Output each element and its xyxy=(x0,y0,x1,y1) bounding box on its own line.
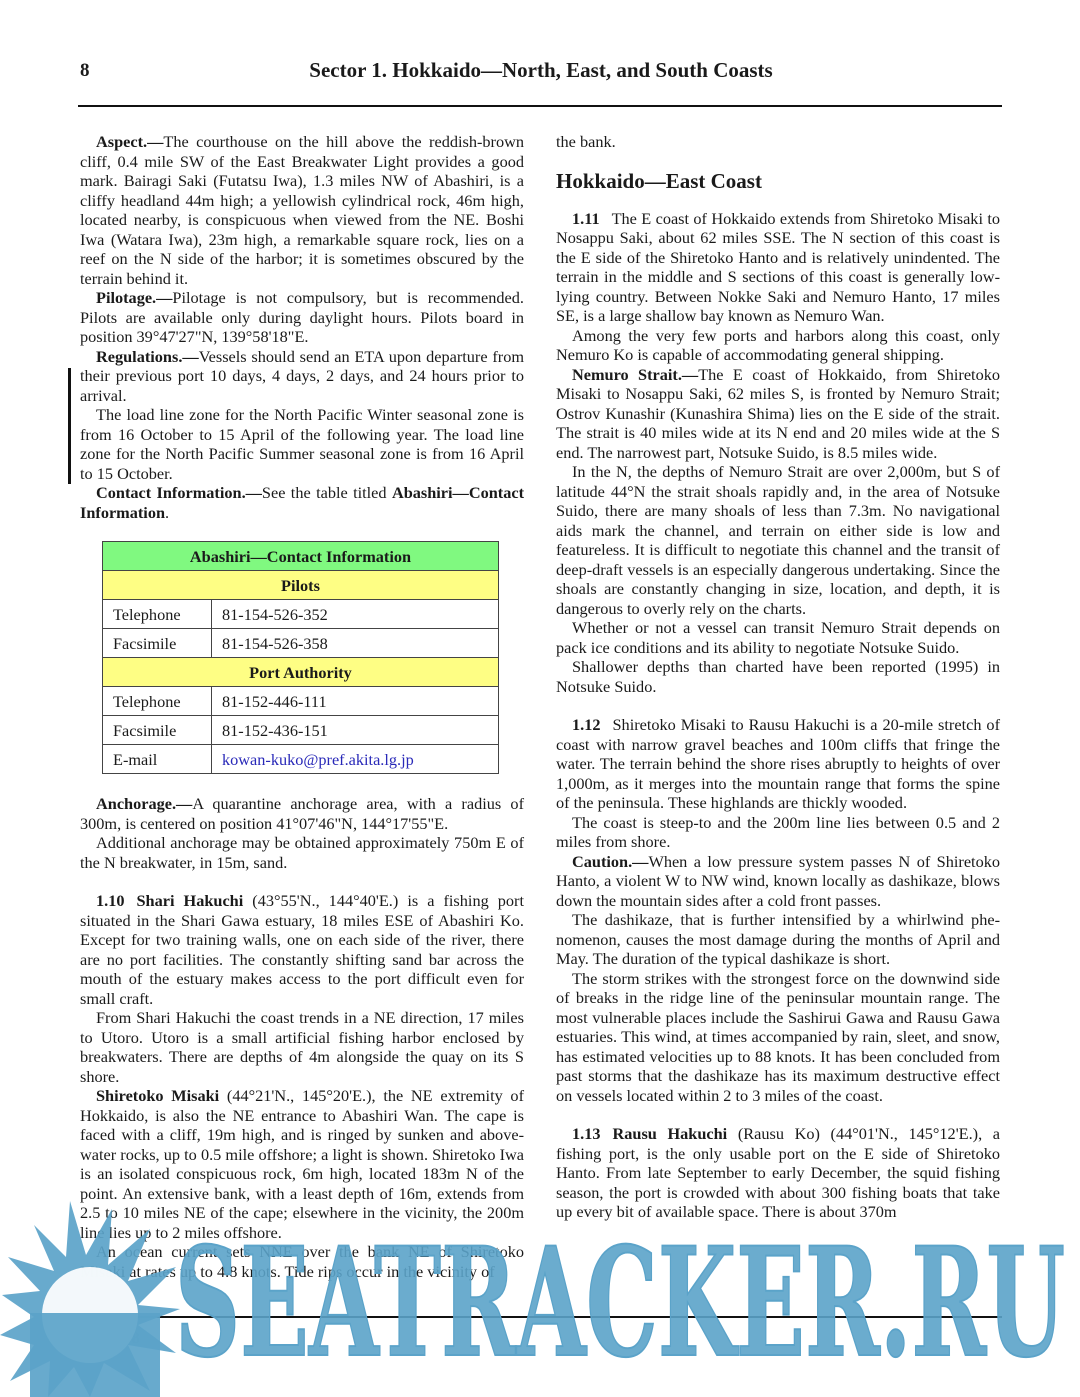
nemuro-strait-paragraph: Nemuro Strait.—The E coast of Hokkaido, … xyxy=(556,365,1000,463)
section-1-10: 1.10Shari Hakuchi (43°55'N., 144°40'E.) … xyxy=(80,891,524,1008)
pilotage-lead: Pilotage.— xyxy=(96,288,172,307)
anchorage-additional-paragraph: Additional anchorage may be obtained app… xyxy=(80,833,524,872)
paragraph-number: 1.13 xyxy=(572,1124,601,1143)
caution-paragraph: Caution.—When a low pressure system pass… xyxy=(556,852,1000,911)
row-label: E-mail xyxy=(103,745,212,774)
load-line-paragraph: The load line zone for the North Pacific… xyxy=(80,405,524,483)
place-name: Shiretoko Misaki xyxy=(96,1086,219,1105)
section-1-11: 1.11The E coast of Hokkaido extends from… xyxy=(556,209,1000,326)
aspect-lead: Aspect.— xyxy=(96,132,163,151)
pilotage-paragraph: Pilotage.—Pilotage is not compulsory, bu… xyxy=(80,288,524,347)
anchorage-lead: Anchorage.— xyxy=(96,794,192,813)
dashikaze-paragraph: The dashikaze, that is further intensifi… xyxy=(556,910,1000,969)
row-value: 81-152-446-111 xyxy=(212,687,499,716)
table-group-port-authority: Port Authority xyxy=(103,658,499,687)
place-name: Shari Hakuchi xyxy=(137,891,244,910)
table-row: Facsimile 81-152-436-151 xyxy=(103,716,499,745)
section-1-13: 1.13Rausu Hakuchi (Rausu Ko) (44°01'N., … xyxy=(556,1124,1000,1222)
nemuro-transit-paragraph: Whether or not a vessel can transit Nemu… xyxy=(556,618,1000,657)
nemuro-ko-paragraph: Among the very few ports and harbors alo… xyxy=(556,326,1000,365)
storm-paragraph: The storm strikes with the strongest for… xyxy=(556,969,1000,1106)
table-row: Facsimile 81-154-526-358 xyxy=(103,629,499,658)
row-label: Facsimile xyxy=(103,716,212,745)
publication-label: Pub. 158 xyxy=(80,1330,140,1348)
shallower-depths-paragraph: Shallower depths than charted have been … xyxy=(556,657,1000,696)
regulations-paragraph: Regulations.—Vessels should send an ETA … xyxy=(80,347,524,406)
right-column: the bank. Hokkaido—East Coast 1.11The E … xyxy=(556,132,1000,1222)
page-header: 8 Sector 1. Hokkaido—North, East, and So… xyxy=(80,58,1002,92)
table-row: Telephone 81-152-446-111 xyxy=(103,687,499,716)
row-label: Telephone xyxy=(103,600,212,629)
row-label: Telephone xyxy=(103,687,212,716)
coast-steep-paragraph: The coast is steep-to and the 200m line … xyxy=(556,813,1000,852)
place-name: Rausu Hakuchi xyxy=(613,1124,728,1143)
row-value: 81-154-526-352 xyxy=(212,600,499,629)
section-heading: Hokkaido—East Coast xyxy=(556,169,1000,193)
continuation-text: the bank. xyxy=(556,132,1000,152)
change-bar xyxy=(68,368,71,484)
aspect-paragraph: Aspect.—The courthouse on the hill above… xyxy=(80,132,524,288)
paragraph-number: 1.12 xyxy=(572,715,601,734)
left-column: Aspect.—The courthouse on the hill above… xyxy=(80,132,524,1281)
caution-lead: Caution.— xyxy=(572,852,648,871)
contact-info-lead: Contact Information.— xyxy=(96,483,262,502)
contact-info-paragraph: Contact Information.—See the table title… xyxy=(80,483,524,522)
row-value: 81-152-436-151 xyxy=(212,716,499,745)
section-1-12: 1.12Shiretoko Misaki to Rausu Hakuchi is… xyxy=(556,715,1000,813)
contact-table: Abashiri—Contact Information Pilots Tele… xyxy=(102,541,499,774)
table-title: Abashiri—Contact Information xyxy=(103,542,499,571)
paragraph-number: 1.10 xyxy=(96,891,125,910)
paragraph-number: 1.11 xyxy=(572,209,600,228)
email-link[interactable]: kowan-kuko@pref.akita.lg.jp xyxy=(212,745,499,774)
header-rule xyxy=(78,105,1002,107)
regulations-lead: Regulations.— xyxy=(96,347,199,366)
utoro-paragraph: From Shari Hakuchi the coast trends in a… xyxy=(80,1008,524,1086)
table-row: E-mail kowan-kuko@pref.akita.lg.jp xyxy=(103,745,499,774)
nemuro-strait-lead: Nemuro Strait.— xyxy=(572,365,698,384)
row-label: Facsimile xyxy=(103,629,212,658)
table-group-pilots: Pilots xyxy=(103,571,499,600)
ocean-current-paragraph: An ocean current sets NNE over the bank … xyxy=(80,1242,524,1281)
footer-rule xyxy=(78,1316,1002,1318)
row-value: 81-154-526-358 xyxy=(212,629,499,658)
shiretoko-misaki-paragraph: Shiretoko Misaki (44°21'N., 145°20'E.), … xyxy=(80,1086,524,1242)
table-row: Telephone 81-154-526-352 xyxy=(103,600,499,629)
anchorage-paragraph: Anchorage.—A quarantine anchorage area, … xyxy=(80,794,524,833)
running-title: Sector 1. Hokkaido—North, East, and Sout… xyxy=(80,58,1002,83)
nemuro-depths-paragraph: In the N, the depths of Nemuro Strait ar… xyxy=(556,462,1000,618)
